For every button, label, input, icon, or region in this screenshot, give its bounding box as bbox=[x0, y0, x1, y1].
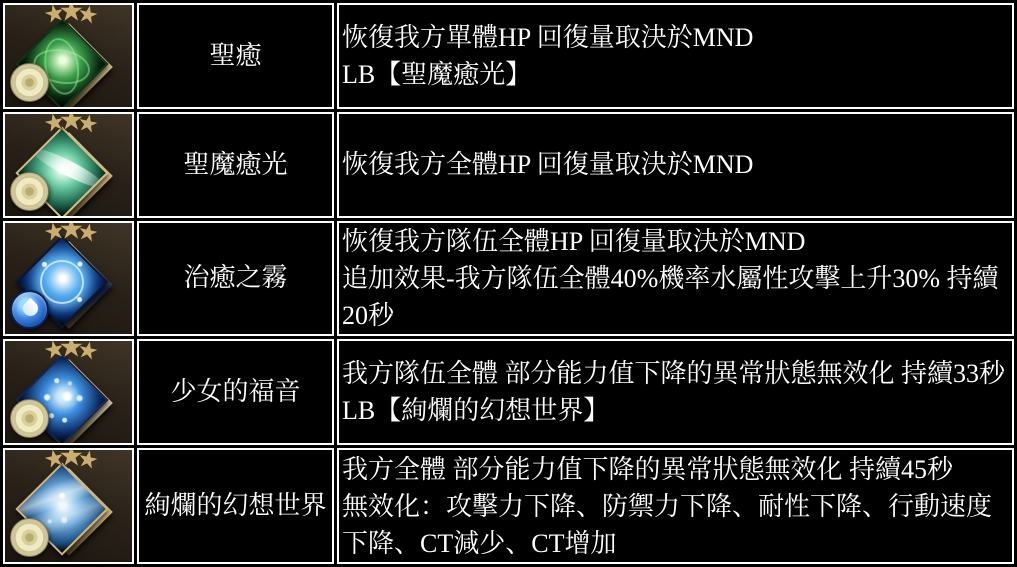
skill-name: 聖癒 bbox=[137, 3, 334, 109]
skill-icon-cell: ★★★ bbox=[3, 339, 134, 445]
table-row: ★★★ 治癒之霧 恢復我方隊伍全體HP 回復量取決於MND 追加效果-我方隊伍全… bbox=[3, 221, 1014, 337]
star-icon: ★ bbox=[74, 341, 96, 365]
star-rating: ★★★ bbox=[5, 450, 132, 476]
star-rating: ★★★ bbox=[5, 5, 132, 31]
skill-description: 恢復我方隊伍全體HP 回復量取決於MND 追加效果-我方隊伍全體40%機率水屬性… bbox=[337, 221, 1014, 337]
skill-name: 絢爛的幻想世界 bbox=[137, 448, 334, 564]
skill-type-badge bbox=[10, 518, 49, 557]
star-rating: ★★★ bbox=[5, 114, 132, 140]
skill-type-badge bbox=[10, 290, 49, 329]
skill-description: 我方隊伍全體 部分能力值下降的異常狀態無效化 持續33秒 LB【絢爛的幻想世界】 bbox=[337, 339, 1014, 445]
skill-name: 治癒之霧 bbox=[137, 221, 334, 337]
star-icon: ★ bbox=[74, 223, 96, 247]
star-icon: ★ bbox=[74, 5, 96, 29]
green-light-beam-skill-icon: ★★★ bbox=[5, 114, 132, 216]
water-drop-icon bbox=[19, 298, 40, 319]
green-atom-orb-skill-icon: ★★★ bbox=[5, 5, 132, 107]
skill-table-page: ★★★ 聖癒 恢復我方單體HP 回復量取決於MND LB【聖魔癒光】 ★★★ bbox=[0, 0, 1017, 567]
skill-icon-cell: ★★★ bbox=[3, 3, 134, 109]
skill-type-badge bbox=[10, 172, 49, 211]
skill-type-badge bbox=[10, 399, 49, 438]
table-row: ★★★ 少女的福音 我方隊伍全體 部分能力值下降的異常狀態無效化 持續33秒 L… bbox=[3, 339, 1014, 445]
table-row: ★★★ 聖癒 恢復我方單體HP 回復量取決於MND LB【聖魔癒光】 bbox=[3, 3, 1014, 109]
table-row: ★★★ 絢爛的幻想世界 我方全體 部分能力值下降的異常狀態無效化 持續45秒 無… bbox=[3, 448, 1014, 564]
skill-description: 恢復我方全體HP 回復量取決於MND bbox=[337, 112, 1014, 218]
skill-name: 少女的福音 bbox=[137, 339, 334, 445]
star-rating: ★★★ bbox=[5, 223, 132, 249]
star-icon: ★ bbox=[74, 450, 96, 474]
skill-icon-cell: ★★★ bbox=[3, 112, 134, 218]
table-row: ★★★ 聖魔癒光 恢復我方全體HP 回復量取決於MND bbox=[3, 112, 1014, 218]
star-rating: ★★★ bbox=[5, 341, 132, 367]
skill-description: 恢復我方單體HP 回復量取決於MND LB【聖魔癒光】 bbox=[337, 3, 1014, 109]
light-blue-fantasy-skill-icon: ★★★ bbox=[5, 450, 132, 562]
skill-icon-cell: ★★★ bbox=[3, 221, 134, 337]
skill-description: 我方全體 部分能力值下降的異常狀態無效化 持續45秒 無效化：攻擊力下降、防禦力… bbox=[337, 448, 1014, 564]
blue-glowing-ring-skill-icon: ★★★ bbox=[5, 223, 132, 335]
skill-icon-cell: ★★★ bbox=[3, 448, 134, 564]
blue-sparkle-skill-icon: ★★★ bbox=[5, 341, 132, 443]
skill-table: ★★★ 聖癒 恢復我方單體HP 回復量取決於MND LB【聖魔癒光】 ★★★ bbox=[0, 0, 1017, 567]
skill-name: 聖魔癒光 bbox=[137, 112, 334, 218]
skill-type-badge bbox=[10, 63, 49, 102]
star-icon: ★ bbox=[74, 114, 96, 138]
